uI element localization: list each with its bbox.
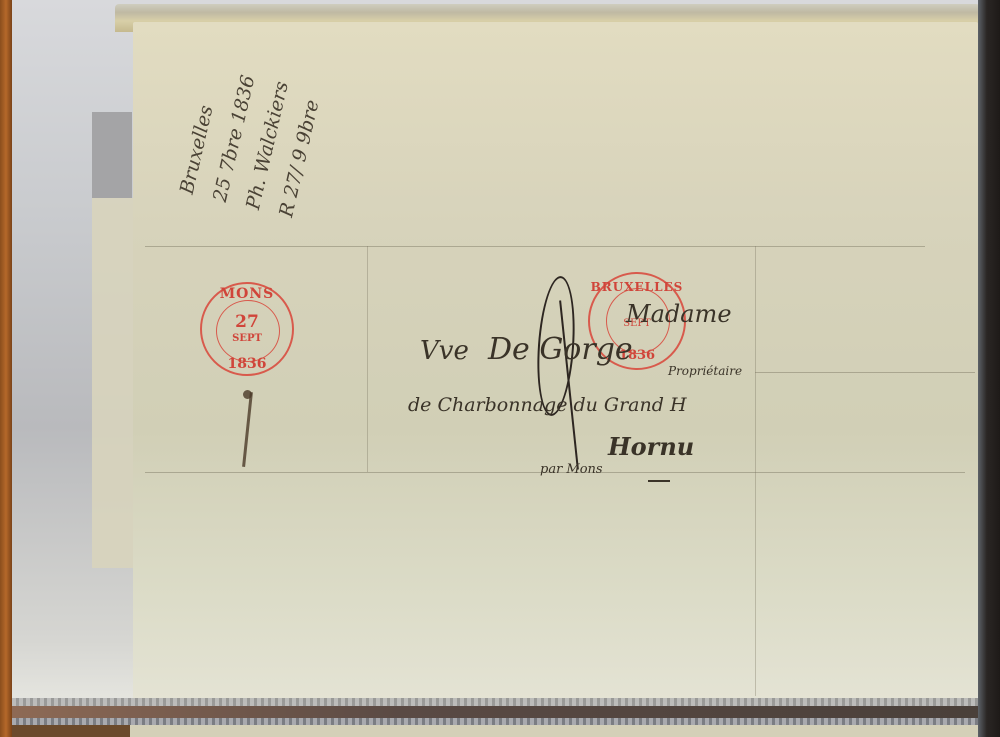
address-line2: de Charbonnage du Grand H xyxy=(408,394,687,416)
address-town: Hornu xyxy=(608,432,694,461)
underline-flourish xyxy=(648,480,670,482)
address-routing: par Mons xyxy=(540,462,603,477)
postmark-year: 1836 xyxy=(202,356,292,372)
sleeve-seam xyxy=(12,698,980,706)
fold-line xyxy=(145,246,925,247)
ink-mark-head xyxy=(243,390,252,399)
sleeve-shadow xyxy=(92,112,132,198)
postmark-day: 27 xyxy=(202,312,292,332)
address-prefix: Vve xyxy=(420,336,469,366)
fold-line xyxy=(367,246,368,472)
next-page-edge xyxy=(130,725,980,737)
postmark-town: MONS xyxy=(202,286,292,302)
postmark-town: BRUXELLES xyxy=(590,280,684,294)
next-sleeve-seam xyxy=(12,718,980,725)
fold-line xyxy=(755,372,975,373)
address-title: Propriétaire xyxy=(668,364,742,378)
address-name: De Gorge xyxy=(488,332,633,367)
album-right-edge xyxy=(978,0,1000,737)
album-spine xyxy=(0,0,12,737)
postmark-month: SEPT xyxy=(202,333,292,344)
address-salutation: Madame xyxy=(626,300,732,328)
fold-line xyxy=(755,246,756,696)
album-gap xyxy=(12,706,980,718)
postmark-mons: MONS 27 SEPT 1836 xyxy=(200,282,294,376)
